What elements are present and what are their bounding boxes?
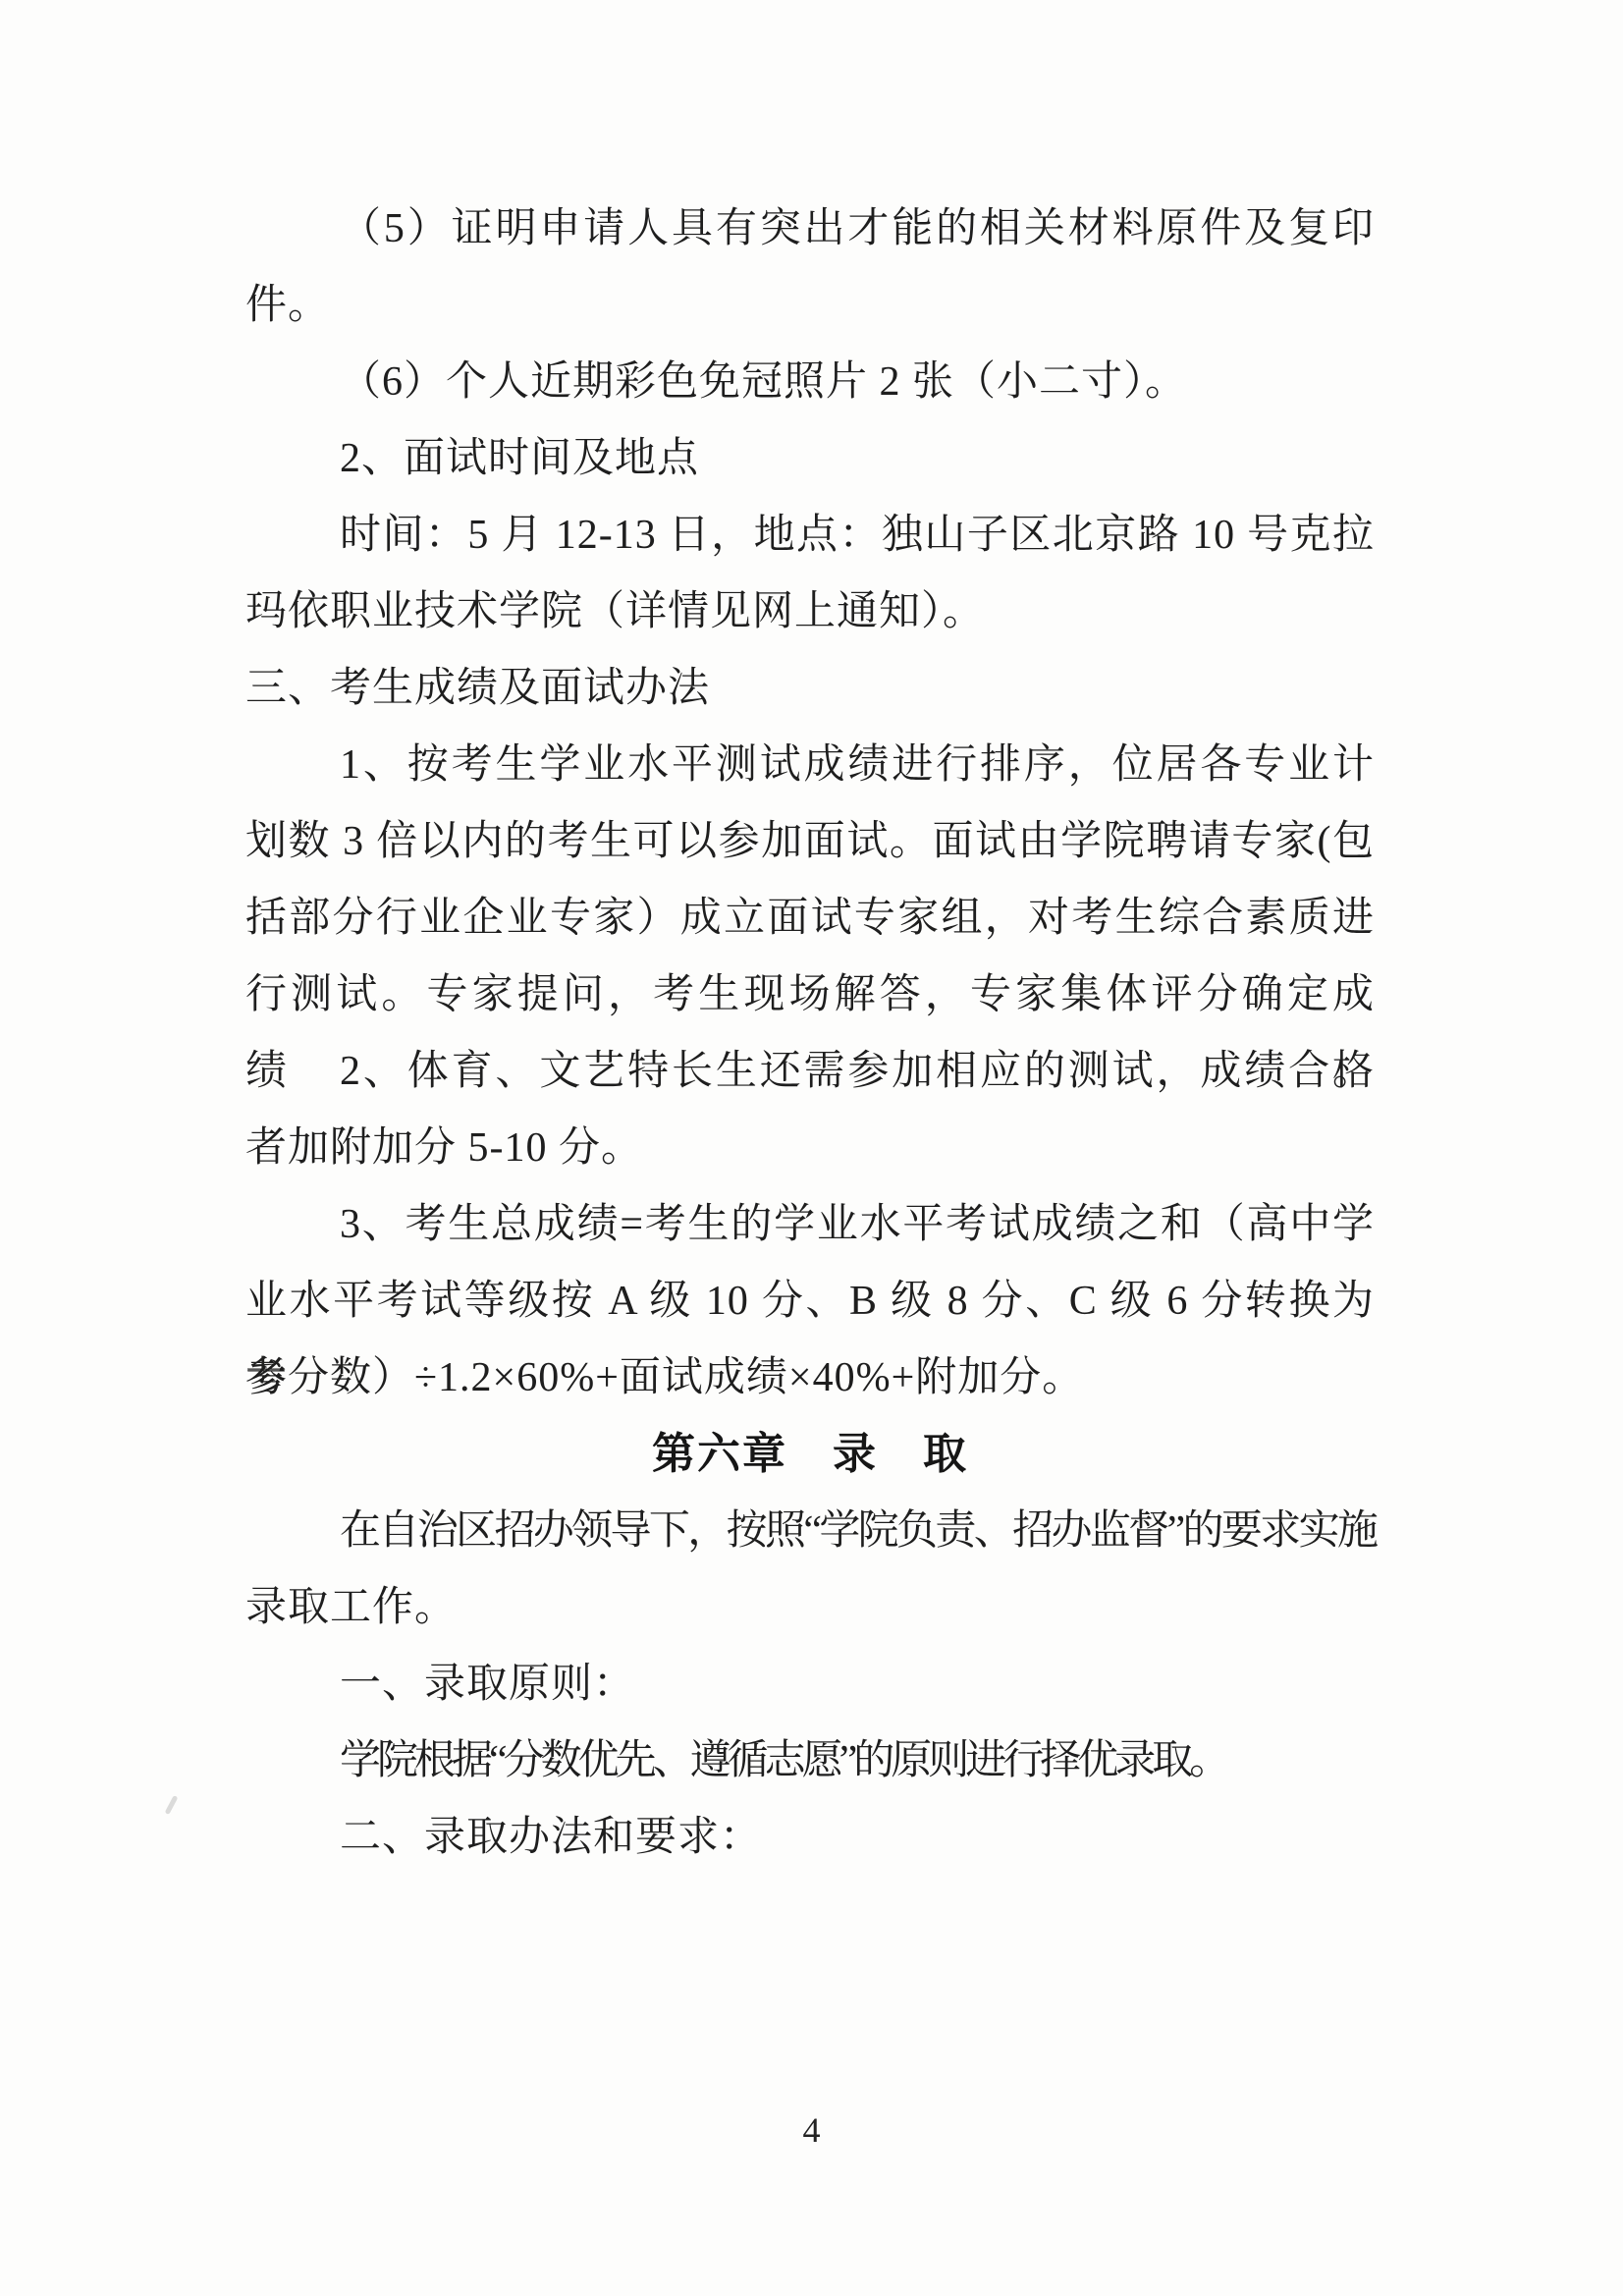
- document-body: （5）证明申请人具有突出才能的相关材料原件及复印件。（6）个人近期彩色免冠照片 …: [245, 191, 1375, 1876]
- text-line: 录取工作。: [245, 1569, 1375, 1646]
- text-line: 划数 3 倍以内的考生可以参加面试。面试由学院聘请专家(包: [245, 803, 1375, 880]
- text-line: 件。: [245, 267, 1375, 344]
- text-line: 学院根据“分数优先、遵循志愿”的原则进行择优录取。: [245, 1722, 1375, 1799]
- text-line: 3、考生总成绩=考生的学业水平考试成绩之和（高中学: [245, 1186, 1375, 1263]
- text-line: （5）证明申请人具有突出才能的相关材料原件及复印: [245, 191, 1375, 267]
- text-line: 三、考生成绩及面试办法: [245, 650, 1375, 727]
- text-line: （6）个人近期彩色免冠照片 2 张（小二寸）。: [245, 344, 1375, 420]
- text-line: 行测试。专家提问，考生现场解答，专家集体评分确定成绩。: [245, 957, 1375, 1033]
- text-line: 2、体育、文艺特长生还需参加相应的测试，成绩合格: [245, 1033, 1375, 1110]
- scan-speck-artifact: [165, 1795, 179, 1815]
- text-line: 业水平考试等级按 A 级 10 分、B 级 8 分、C 级 6 分转换为参: [245, 1263, 1375, 1339]
- text-line: 一、录取原则：: [245, 1646, 1375, 1722]
- text-line: 玛依职业技术学院（详情见网上通知）。: [245, 574, 1375, 650]
- text-line: 二、录取办法和要求：: [245, 1799, 1375, 1876]
- text-line: 考分数）÷1.2×60%+面试成绩×40%+附加分。: [245, 1339, 1375, 1416]
- text-line: 2、面试时间及地点: [245, 420, 1375, 497]
- document-page: （5）证明申请人具有突出才能的相关材料原件及复印件。（6）个人近期彩色免冠照片 …: [0, 0, 1623, 2296]
- page-number: 4: [0, 2109, 1623, 2151]
- text-line: 在自治区招办领导下，按照“学院负责、招办监督”的要求实施: [245, 1493, 1375, 1569]
- text-line: 1、按考生学业水平测试成绩进行排序，位居各专业计: [245, 727, 1375, 803]
- text-line: 者加附加分 5-10 分。: [245, 1110, 1375, 1186]
- text-line: 时间：5 月 12-13 日，地点：独山子区北京路 10 号克拉: [245, 497, 1375, 574]
- text-line: 括部分行业企业专家）成立面试专家组，对考生综合素质进: [245, 880, 1375, 957]
- chapter-heading: 第六章 录 取: [245, 1416, 1375, 1493]
